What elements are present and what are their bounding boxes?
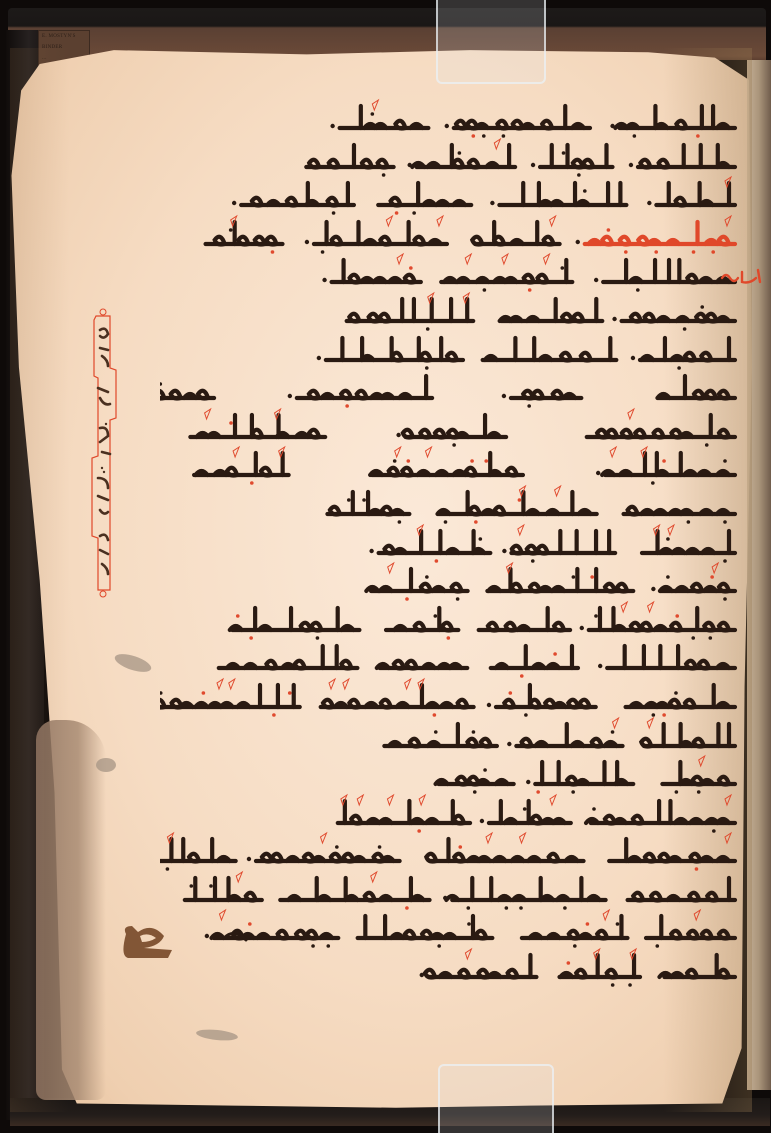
plastic-clip-top — [436, 0, 546, 84]
main-text-block: ܘܢܦܫܗ܆ ܐܠܘܢ ܕܚܒܝܒܗ ܠܚܛܝܐܠܡܫܝܚܐ ܕܢܬܢܗ܆ ܘܐ… — [160, 96, 740, 984]
quire-signature: ܦ — [120, 922, 176, 962]
text-line: ܢܩܡ. ܐܝܠܐ ܕܠܐܬܐ ܕܝܥܩܘܒ. — [160, 945, 740, 984]
text-line: ܗܘܐ ܡܢ ܦܘܠܘܣ ܐܬܠܘ — [160, 482, 740, 521]
text-line: ܕܒܗܝܢ܆ ܡܚܫܐ ܥܠ ܗܘܐ ܡܢܗ — [160, 212, 740, 251]
quire-signature-text: ܦ — [120, 922, 129, 926]
text-line: ܚܒܝܒܗ ܒܚܛܗܐ ܠܡܫܝܚܐ ܕܕܝܢܐ — [160, 173, 740, 212]
smudge — [96, 758, 116, 772]
text-line: ܕܐܢܫܐ. ܐܝܕܥܐ ܠܗ ܕܗܘܘܢ — [160, 443, 740, 482]
text-line: ܡܫܝܚ܆ ܘܗܘܐ ܒܢܝܢ ܘܡܫܝܚܐ — [160, 521, 740, 560]
line-end-mark — [222, 928, 248, 942]
text-line: ܠܟܠܗܘܢ. ܡܫܝܚܐ ܘܗܘܝܘ ~ — [160, 675, 740, 714]
binder-label-line: BINDER — [39, 42, 89, 53]
text-line: ܕܥܕܬܐ ܕܗܝܡܢܘܬܐ ܠܦܘܠܘܣ ܡܫܒܚ — [160, 636, 740, 675]
binder-label-line: E. MOSTYN'S — [39, 31, 89, 42]
rubric-marginal-marker: ܫܘܚ — [720, 266, 764, 288]
text-line: ܢܩܡ. ܐܝܠܐ ܕܠܐܬܐ ܕܝܥܩܘܒ. — [160, 289, 740, 328]
text-line: ܠܒܢܝܗ܆ ܕܥܠܝܗ ܠܡܫܝܚܐ ܕܟܠ — [160, 559, 740, 598]
plastic-clip-bottom — [438, 1064, 554, 1133]
rubric-marginal-text: ܫܘܚ — [720, 266, 751, 270]
frayed-spine-edge — [747, 60, 771, 1090]
text-line: ܘܢܦܫܗ܆ ܐܠܘܢ ܕܚܒܝܒܗ ܠܚܛܝܐ — [160, 752, 740, 791]
text-line: ܕܐܬܝܠܕ ܕܡܪܝܐ ܕܒܗܝܢ — [160, 714, 740, 753]
photo-background: E. MOSTYN'S BINDER ... ܘܢܦܫܗ܆ ܐܠܘܢ ܕܚܒܝܒ… — [0, 0, 771, 1133]
text-line: ܠܡܫܝܚܐ ܕܢܬܢܗ܆ ܘܐܬܠܘ — [160, 135, 740, 174]
text-line: ܡܠܠ ܥܬܝܩܐ ܡܢ܆ ܐܝܟ ܠܐ — [160, 250, 740, 289]
water-stain — [36, 720, 106, 1100]
text-line: ܛܘܒܐ ܕܐܬܝܠܕ ܕܡܪܝܐ — [160, 405, 740, 444]
marginal-note-text: ܕܟܘܪܢܐ ܕܝܠܕܐ ܕܡܪܢ ܝܫܘܥ — [90, 308, 118, 313]
marginal-note: ܕܟܘܪܢܐ ܕܝܠܕܐ ܕܡܪܢ ܝܫܘܥ — [90, 308, 118, 598]
text-line: ܘܢܦܫܗ܆ ܐܠܘܢ ܕܚܒܝܒܗ ܠܚܛܝܐ — [160, 96, 740, 135]
text-line: ܐܠܐ ܐܝܟܐ ܠܟܠܗܘܢ. ܐܝܕܥܐ — [160, 328, 740, 367]
text-line: ܕܒܗܝܢ܆ ܡܚܫܐ ܥܠ ܗܘܐ ܡܢܗ — [160, 868, 740, 907]
text-line: ܚܒܝܒܗ ܒܚܛܗܐ ܠܡܫܝܚܐ ܕܕܝܢܐ — [160, 829, 740, 868]
text-line: ܗܘܐ ܠܒܢܝܢܐ܆ ܡܠܐ ܢܦܫܗ — [160, 598, 740, 637]
text-line: ܕܡ ܕܗܘܬܐ ܢܦܫ. ܡܫܝܚܐ — [160, 366, 740, 405]
text-line: ܠܡܫܝܚܐ ܕܢܬܢܗ܆ ܘܐܬܠܘ — [160, 791, 740, 830]
